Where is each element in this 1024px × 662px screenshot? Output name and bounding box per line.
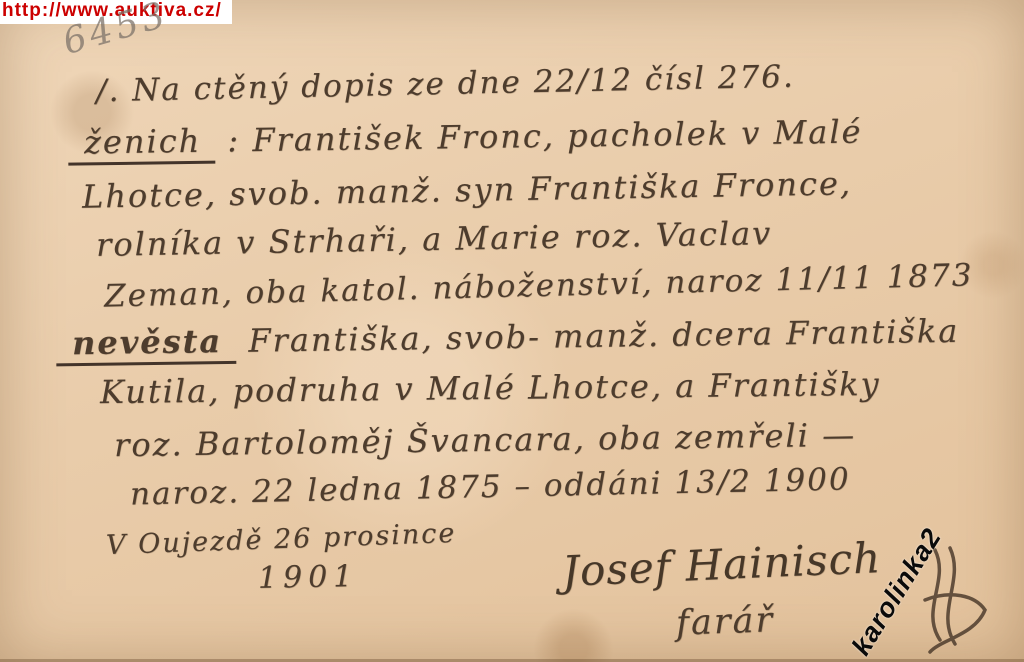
handwritten-line-6-bride: nevěsta Františka, svob- manž. dcera Fra… [72, 312, 960, 362]
signature-title-farar: farář [675, 600, 774, 643]
underlined-word-zenich: ženich [68, 122, 216, 166]
underlined-word-nevesta: nevěsta [56, 322, 237, 367]
dateline-year: 1901 [258, 559, 359, 596]
handwritten-line-4: rolníka v Strhaři, a Marie roz. Vaclav [96, 214, 773, 264]
handwritten-line-7: Kutila, podruha v Malé Lhotce, a Františ… [100, 365, 881, 411]
handwritten-line-5: Zeman, oba katol. náboženství, naroz 11/… [104, 257, 974, 314]
handwritten-line-3: Lhotce, svob. manž. syn Františka Fronce… [82, 164, 853, 215]
scanned-handwritten-postcard: http://www.auktiva.cz/ 6453 /. Na ctěný … [0, 0, 1024, 662]
handwritten-line-8: roz. Bartoloměj Švancara, oba zemřeli — [114, 416, 857, 464]
handwritten-line-2-groom: ženich : František Fronc, pacholek v Mal… [84, 113, 863, 162]
priest-signature: Josef Hainisch [561, 533, 882, 596]
line-6-rest: Františka, svob- manž. dcera Františka [236, 312, 960, 360]
handwritten-line-9: naroz. 22 ledna 1875 – oddáni 13/2 1900 [130, 461, 851, 512]
handwritten-line-1: /. Na ctěný dopis ze dne 22/12 čísl 276. [96, 59, 795, 110]
dateline-place: V Oujezdě 26 prosince [106, 518, 457, 561]
line-2-rest: : František Fronc, pacholek v Malé [215, 113, 863, 160]
